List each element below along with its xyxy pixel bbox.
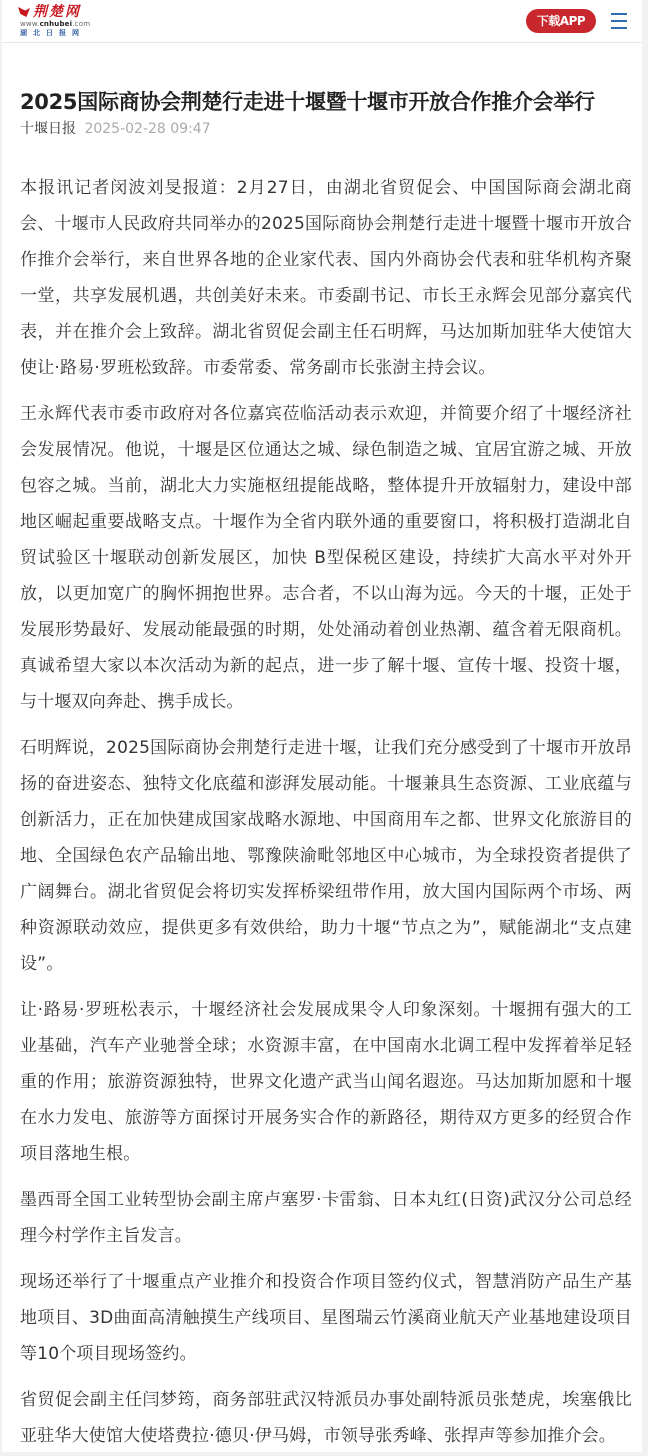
article-body: 本报讯记者闵波刘旻报道：2月27日，由湖北省贸促会、中国国际商会湖北商会、十堰市… [20,170,632,1456]
logo-domain: www.cnhubei.com [20,20,98,29]
article-paragraph: 省贸促会副主任闫梦筠，商务部驻武汉特派员办事处副特派员张楚虎，埃塞俄比亚驻华大使… [20,1382,632,1454]
top-bar: 荆楚网 www.cnhubei.com 湖北日报网 下载APP [2,0,642,43]
logo-subtitle: 湖北日报网 [20,29,98,38]
article-paragraph: 石明辉说，2025国际商协会荆楚行走进十堰，让我们充分感受到了十堰市开放昂扬的奋… [20,730,632,982]
article-title: 2025国际商协会荆楚行走进十堰暨十堰市开放合作推介会举行 [20,84,632,120]
article-paragraph: 本报讯记者闵波刘旻报道：2月27日，由湖北省贸促会、中国国际商会湖北商会、十堰市… [20,170,632,386]
download-app-button[interactable]: 下载APP [526,9,596,33]
page: 荆楚网 www.cnhubei.com 湖北日报网 下载APP 2025国际商协… [2,0,642,1452]
article-paragraph: 让·路易·罗班松表示，十堰经济社会发展成果令人印象深刻。十堰拥有强大的工业基础，… [20,992,632,1172]
hamburger-menu-icon[interactable] [611,13,627,29]
logo-name: 荆楚网 [33,4,81,20]
site-logo[interactable]: 荆楚网 www.cnhubei.com 湖北日报网 [18,4,98,38]
article-meta: 十堰日报 2025-02-28 09:47 [20,118,211,140]
article-source: 十堰日报 [20,121,76,137]
article-datetime: 2025-02-28 09:47 [84,121,210,137]
article-paragraph: 墨西哥全国工业转型协会副主席卢塞罗·卡雷翁、日本丸红(日资)武汉分公司总经理今村… [20,1182,632,1254]
logo-mark-icon [18,7,30,17]
article-paragraph: 王永辉代表市委市政府对各位嘉宾莅临活动表示欢迎，并简要介绍了十堰经济社会发展情况… [20,396,632,720]
article-paragraph: 现场还举行了十堰重点产业推介和投资合作项目签约仪式，智慧消防产品生产基地项目、3… [20,1264,632,1372]
